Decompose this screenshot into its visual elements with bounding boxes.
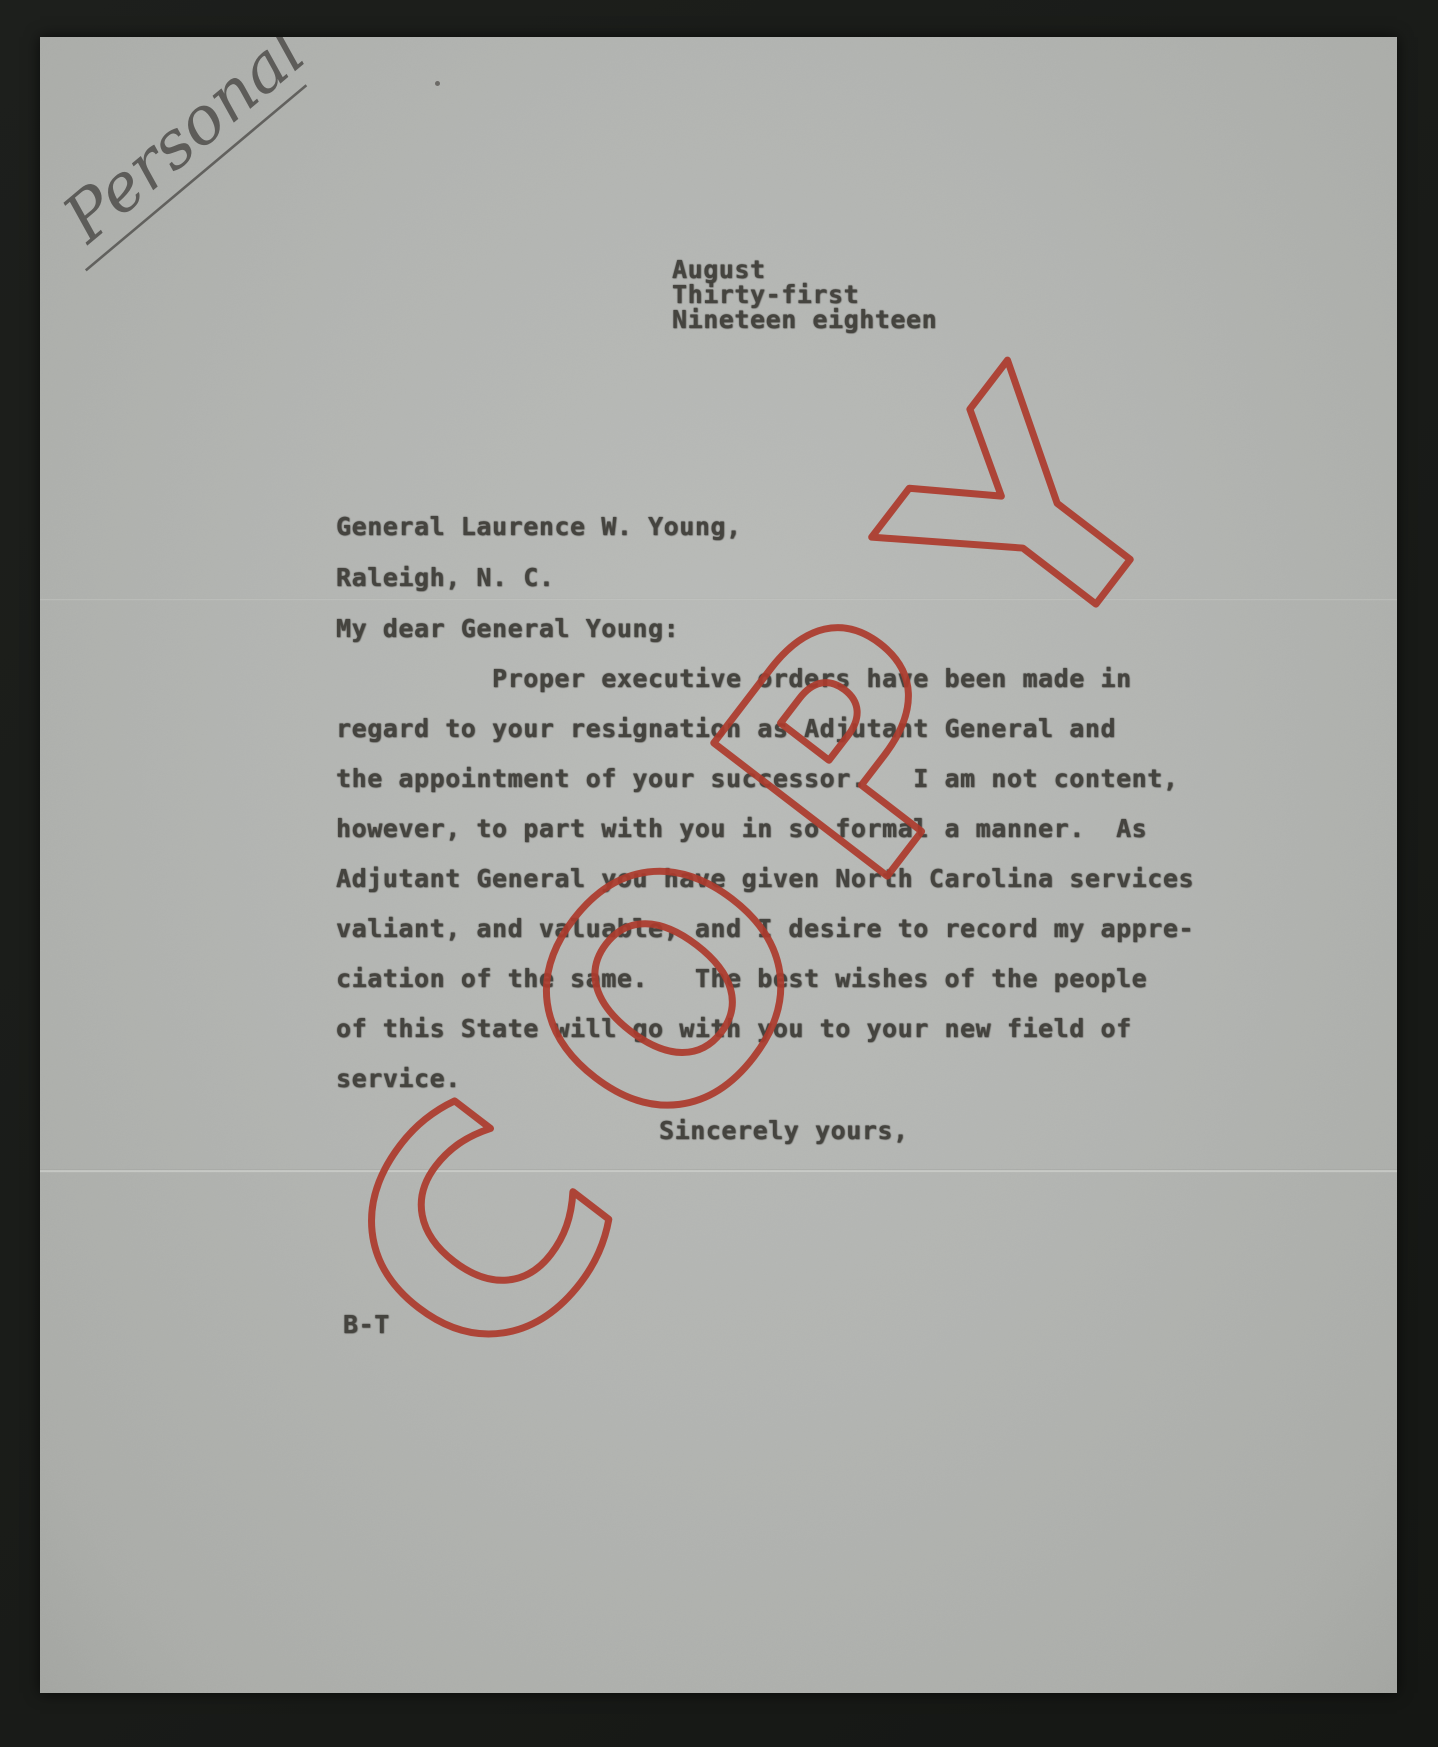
typist-initials: B-T <box>343 1312 390 1338</box>
letter-page: Personal August Thirty-first Nineteen ei… <box>40 37 1397 1693</box>
closing-line: Sincerely yours, <box>659 1118 909 1144</box>
fold-crease-lower <box>40 1169 1397 1173</box>
recipient-and-salutation-block: General Laurence W. Young, Raleigh, N. C… <box>336 501 742 654</box>
letter-body-paragraph: Proper executive orders have been made i… <box>336 654 1194 1104</box>
handwritten-note-text: Personal <box>48 37 319 258</box>
handwritten-underline <box>86 85 307 270</box>
scan-mount-background: Personal August Thirty-first Nineteen ei… <box>0 0 1438 1747</box>
date-block: August Thirty-first Nineteen eighteen <box>672 257 937 332</box>
pencil-dot-mark <box>435 81 440 86</box>
